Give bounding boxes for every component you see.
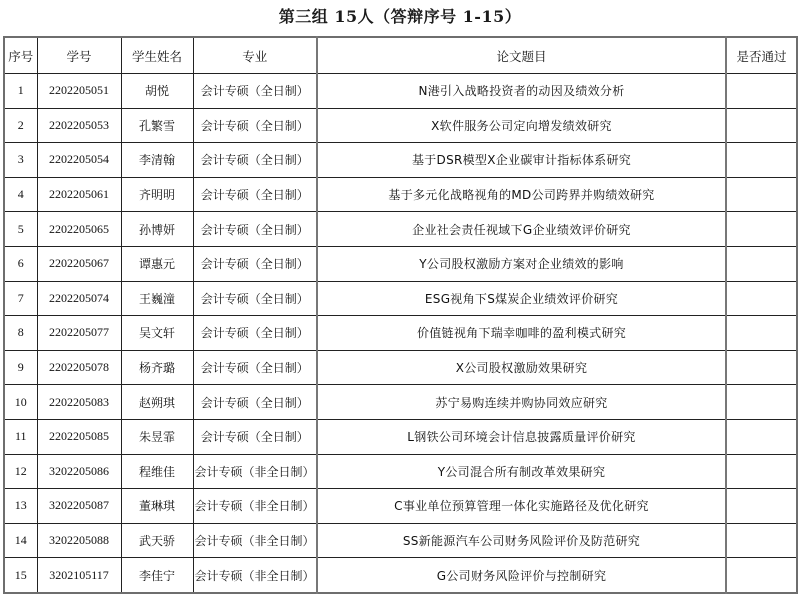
cell-major: 会计专硕（非全日制） [193,489,317,524]
cell-student-id: 2202205053 [37,108,121,143]
table-header-row: 序号 学号 学生姓名 专业 论文题目 是否通过 [4,37,797,74]
cell-seq: 3 [4,143,37,178]
cell-thesis-title: Y公司股权激励方案对企业绩效的影响 [317,246,726,281]
defense-roster-table: 序号 学号 学生姓名 专业 论文题目 是否通过 12202205051胡悦会计专… [3,36,798,594]
cell-seq: 1 [4,74,37,109]
cell-student-name: 王巍潼 [121,281,193,316]
table-row: 123202205086程维佳会计专硕（非全日制）Y公司混合所有制改革效果研究 [4,454,797,489]
cell-student-name: 程维佳 [121,454,193,489]
cell-thesis-title: 基于多元化战略视角的MD公司跨界并购绩效研究 [317,177,726,212]
cell-thesis-title: N港引入战略投资者的动因及绩效分析 [317,74,726,109]
cell-thesis-title: ESG视角下S煤炭企业绩效评价研究 [317,281,726,316]
cell-passed[interactable] [726,143,797,178]
cell-seq: 13 [4,489,37,524]
table-row: 42202205061齐明明会计专硕（全日制）基于多元化战略视角的MD公司跨界并… [4,177,797,212]
cell-major: 会计专硕（全日制） [193,281,317,316]
cell-student-name: 李佳宁 [121,558,193,593]
cell-student-id: 2202205085 [37,419,121,454]
cell-student-name: 孔繁雪 [121,108,193,143]
cell-student-id: 2202205083 [37,385,121,420]
table-row: 22202205053孔繁雪会计专硕（全日制）X软件服务公司定向增发绩效研究 [4,108,797,143]
header-passed: 是否通过 [726,37,797,74]
page-title: 第三组 15人（答辩序号 1-15） [0,4,800,30]
table-row: 32202205054李清翰会计专硕（全日制）基于DSR模型X企业碳审计指标体系… [4,143,797,178]
table-row: 112202205085朱昱霏会计专硕（全日制）L钢铁公司环境会计信息披露质量评… [4,419,797,454]
cell-passed[interactable] [726,385,797,420]
cell-student-id: 2202205065 [37,212,121,247]
cell-student-id: 2202205061 [37,177,121,212]
cell-student-name: 齐明明 [121,177,193,212]
cell-student-id: 2202205051 [37,74,121,109]
cell-major: 会计专硕（全日制） [193,177,317,212]
cell-seq: 7 [4,281,37,316]
cell-student-id: 2202205054 [37,143,121,178]
cell-thesis-title: C事业单位预算管理一体化实施路径及优化研究 [317,489,726,524]
cell-thesis-title: X软件服务公司定向增发绩效研究 [317,108,726,143]
cell-major: 会计专硕（全日制） [193,316,317,351]
cell-student-name: 谭惠元 [121,246,193,281]
header-thesis-title: 论文题目 [317,37,726,74]
cell-student-id: 3202205087 [37,489,121,524]
header-student-name: 学生姓名 [121,37,193,74]
header-major: 专业 [193,37,317,74]
cell-seq: 4 [4,177,37,212]
cell-passed[interactable] [726,419,797,454]
cell-seq: 12 [4,454,37,489]
cell-thesis-title: L钢铁公司环境会计信息披露质量评价研究 [317,419,726,454]
cell-passed[interactable] [726,489,797,524]
cell-student-name: 杨齐璐 [121,350,193,385]
cell-thesis-title: 基于DSR模型X企业碳审计指标体系研究 [317,143,726,178]
cell-student-name: 武天骄 [121,523,193,558]
cell-seq: 9 [4,350,37,385]
cell-thesis-title: 苏宁易购连续并购协同效应研究 [317,385,726,420]
cell-passed[interactable] [726,350,797,385]
table-row: 92202205078杨齐璐会计专硕（全日制）X公司股权激励效果研究 [4,350,797,385]
cell-student-name: 董琳琪 [121,489,193,524]
cell-student-id: 2202205067 [37,246,121,281]
cell-major: 会计专硕（全日制） [193,246,317,281]
cell-thesis-title: Y公司混合所有制改革效果研究 [317,454,726,489]
cell-student-name: 赵朔琪 [121,385,193,420]
cell-seq: 6 [4,246,37,281]
cell-thesis-title: 企业社会责任视域下G企业绩效评价研究 [317,212,726,247]
cell-seq: 15 [4,558,37,593]
cell-student-id: 3202205088 [37,523,121,558]
cell-student-name: 朱昱霏 [121,419,193,454]
cell-seq: 11 [4,419,37,454]
cell-thesis-title: X公司股权激励效果研究 [317,350,726,385]
cell-major: 会计专硕（非全日制） [193,454,317,489]
cell-student-name: 胡悦 [121,74,193,109]
header-student-id: 学号 [37,37,121,74]
cell-major: 会计专硕（全日制） [193,419,317,454]
cell-passed[interactable] [726,246,797,281]
cell-seq: 5 [4,212,37,247]
cell-major: 会计专硕（非全日制） [193,558,317,593]
cell-student-id: 3202105117 [37,558,121,593]
table-row: 52202205065孙博妍会计专硕（全日制）企业社会责任视域下G企业绩效评价研… [4,212,797,247]
cell-passed[interactable] [726,212,797,247]
cell-major: 会计专硕（全日制） [193,385,317,420]
table-row: 102202205083赵朔琪会计专硕（全日制）苏宁易购连续并购协同效应研究 [4,385,797,420]
cell-passed[interactable] [726,177,797,212]
table-row: 143202205088武天骄会计专硕（非全日制）SS新能源汽车公司财务风险评价… [4,523,797,558]
cell-major: 会计专硕（全日制） [193,350,317,385]
table-row: 12202205051胡悦会计专硕（全日制）N港引入战略投资者的动因及绩效分析 [4,74,797,109]
table-row: 62202205067谭惠元会计专硕（全日制）Y公司股权激励方案对企业绩效的影响 [4,246,797,281]
cell-student-name: 李清翰 [121,143,193,178]
cell-seq: 14 [4,523,37,558]
cell-passed[interactable] [726,316,797,351]
cell-seq: 10 [4,385,37,420]
cell-student-id: 2202205078 [37,350,121,385]
cell-student-name: 吴文轩 [121,316,193,351]
cell-student-id: 3202205086 [37,454,121,489]
cell-major: 会计专硕（全日制） [193,143,317,178]
cell-passed[interactable] [726,454,797,489]
cell-seq: 8 [4,316,37,351]
cell-passed[interactable] [726,108,797,143]
cell-thesis-title: 价值链视角下瑞幸咖啡的盈利模式研究 [317,316,726,351]
cell-major: 会计专硕（非全日制） [193,523,317,558]
table-row: 133202205087董琳琪会计专硕（非全日制）C事业单位预算管理一体化实施路… [4,489,797,524]
cell-passed[interactable] [726,74,797,109]
cell-seq: 2 [4,108,37,143]
cell-passed[interactable] [726,523,797,558]
cell-student-id: 2202205074 [37,281,121,316]
table-row: 82202205077吴文轩会计专硕（全日制）价值链视角下瑞幸咖啡的盈利模式研究 [4,316,797,351]
cell-student-name: 孙博妍 [121,212,193,247]
cell-thesis-title: SS新能源汽车公司财务风险评价及防范研究 [317,523,726,558]
cell-passed[interactable] [726,281,797,316]
cell-passed[interactable] [726,558,797,593]
cell-major: 会计专硕（全日制） [193,74,317,109]
cell-major: 会计专硕（全日制） [193,108,317,143]
table-row: 153202105117李佳宁会计专硕（非全日制）G公司财务风险评价与控制研究 [4,558,797,593]
header-seq: 序号 [4,37,37,74]
cell-student-id: 2202205077 [37,316,121,351]
cell-thesis-title: G公司财务风险评价与控制研究 [317,558,726,593]
cell-major: 会计专硕（全日制） [193,212,317,247]
table-row: 72202205074王巍潼会计专硕（全日制）ESG视角下S煤炭企业绩效评价研究 [4,281,797,316]
